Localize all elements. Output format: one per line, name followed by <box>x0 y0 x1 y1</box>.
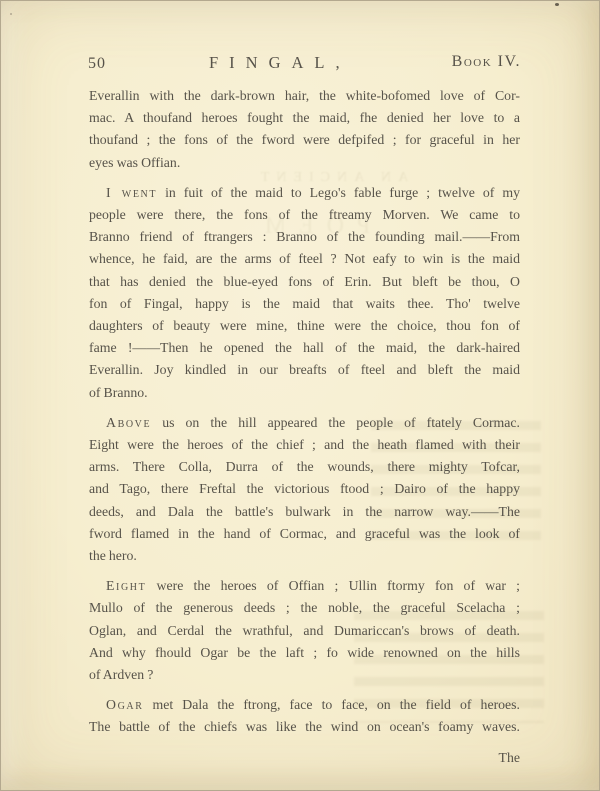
book-label: Book IV. <box>452 53 521 71</box>
text-line: of Ardven ? <box>89 664 520 686</box>
ink-speck <box>555 3 559 6</box>
text-line: that has denied the blue-eyed fons of Er… <box>89 271 520 293</box>
catchword-text: The <box>499 750 520 765</box>
paragraph: Eight were the heroes of Offian ; Ullin … <box>89 575 520 686</box>
ink-speck <box>10 13 12 15</box>
small-caps-lead: Above <box>106 415 151 430</box>
line-text: were the heroes of Offian ; Ullin ftormy… <box>146 578 520 593</box>
paragraph: I went in fuit of the maid to Lego's fab… <box>89 182 520 404</box>
text-line: Eight were the heroes of the chief ; and… <box>89 434 520 456</box>
text-line: whence, he faid, are the arms of fteel ?… <box>89 248 520 270</box>
text-line: I went in fuit of the maid to Lego's fab… <box>89 182 520 204</box>
text-line: fword flamed in the hand of Cormac, and … <box>89 523 520 545</box>
text-line: fame !——Then he opened the hall of the m… <box>89 337 520 359</box>
text-line: fon of Fingal, happy is the maid that wa… <box>89 293 520 315</box>
text-line: daughters of beauty were mine, thine wer… <box>89 315 520 337</box>
text-line: Branno friend of ftrangers : Branno of t… <box>89 226 520 248</box>
text-line: the hero. <box>89 545 520 567</box>
page-body: Everallin with the dark-brown hair, the … <box>89 85 520 769</box>
text-line: and Tago, there Freftal the victorious f… <box>89 478 520 500</box>
small-caps-lead: Ogar <box>106 697 143 712</box>
book-page: AN ANCIENT POEM 50 FINGAL, Book IV. Ever… <box>0 0 600 791</box>
text-line: The battle of the chiefs was like the wi… <box>89 716 520 738</box>
small-caps-lead: I went <box>106 185 157 200</box>
text-line: of Branno. <box>89 382 520 404</box>
page-number: 50 <box>88 55 106 73</box>
small-caps-lead: Eight <box>106 578 146 593</box>
text-line: And why fhould Ogar be the laft ; fo wid… <box>89 642 520 664</box>
line-text: met Dala the ftrong, face to face, on th… <box>143 697 520 712</box>
running-title: FINGAL, <box>209 53 351 73</box>
paragraph: Everallin with the dark-brown hair, the … <box>89 85 520 174</box>
text-line: Oglan, and Cerdal the wrathful, and Duma… <box>89 620 520 642</box>
text-line: people were there, the fons of the ftrea… <box>89 204 520 226</box>
text-line: deeds, and Dala the battle's bulwark in … <box>89 501 520 523</box>
catchword: The <box>89 747 520 769</box>
text-line: Everallin with the dark-brown hair, the … <box>89 85 520 107</box>
text-line: arms. There Colla, Durra of the wounds, … <box>89 456 520 478</box>
text-line: Eight were the heroes of Offian ; Ullin … <box>89 575 520 597</box>
paragraph: Above us on the hill appeared the people… <box>89 412 520 567</box>
text-line: Above us on the hill appeared the people… <box>89 412 520 434</box>
running-header: 50 FINGAL, Book IV. <box>1 53 599 75</box>
line-text: us on the hill appeared the people of ft… <box>151 415 520 430</box>
text-line: eyes was Offian. <box>89 152 520 174</box>
text-line: mac. A thoufand heroes fought the maid, … <box>89 107 520 129</box>
text-line: Everallin. Joy kindled in our breafts of… <box>89 359 520 381</box>
text-line: Ogar met Dala the ftrong, face to face, … <box>89 694 520 716</box>
text-line: thoufand ; the fons of the fword were de… <box>89 129 520 151</box>
paragraph: Ogar met Dala the ftrong, face to face, … <box>89 694 520 738</box>
line-text: in fuit of the maid to Lego's fable furg… <box>157 185 520 200</box>
text-line: Mullo of the generous deeds ; the noble,… <box>89 597 520 619</box>
